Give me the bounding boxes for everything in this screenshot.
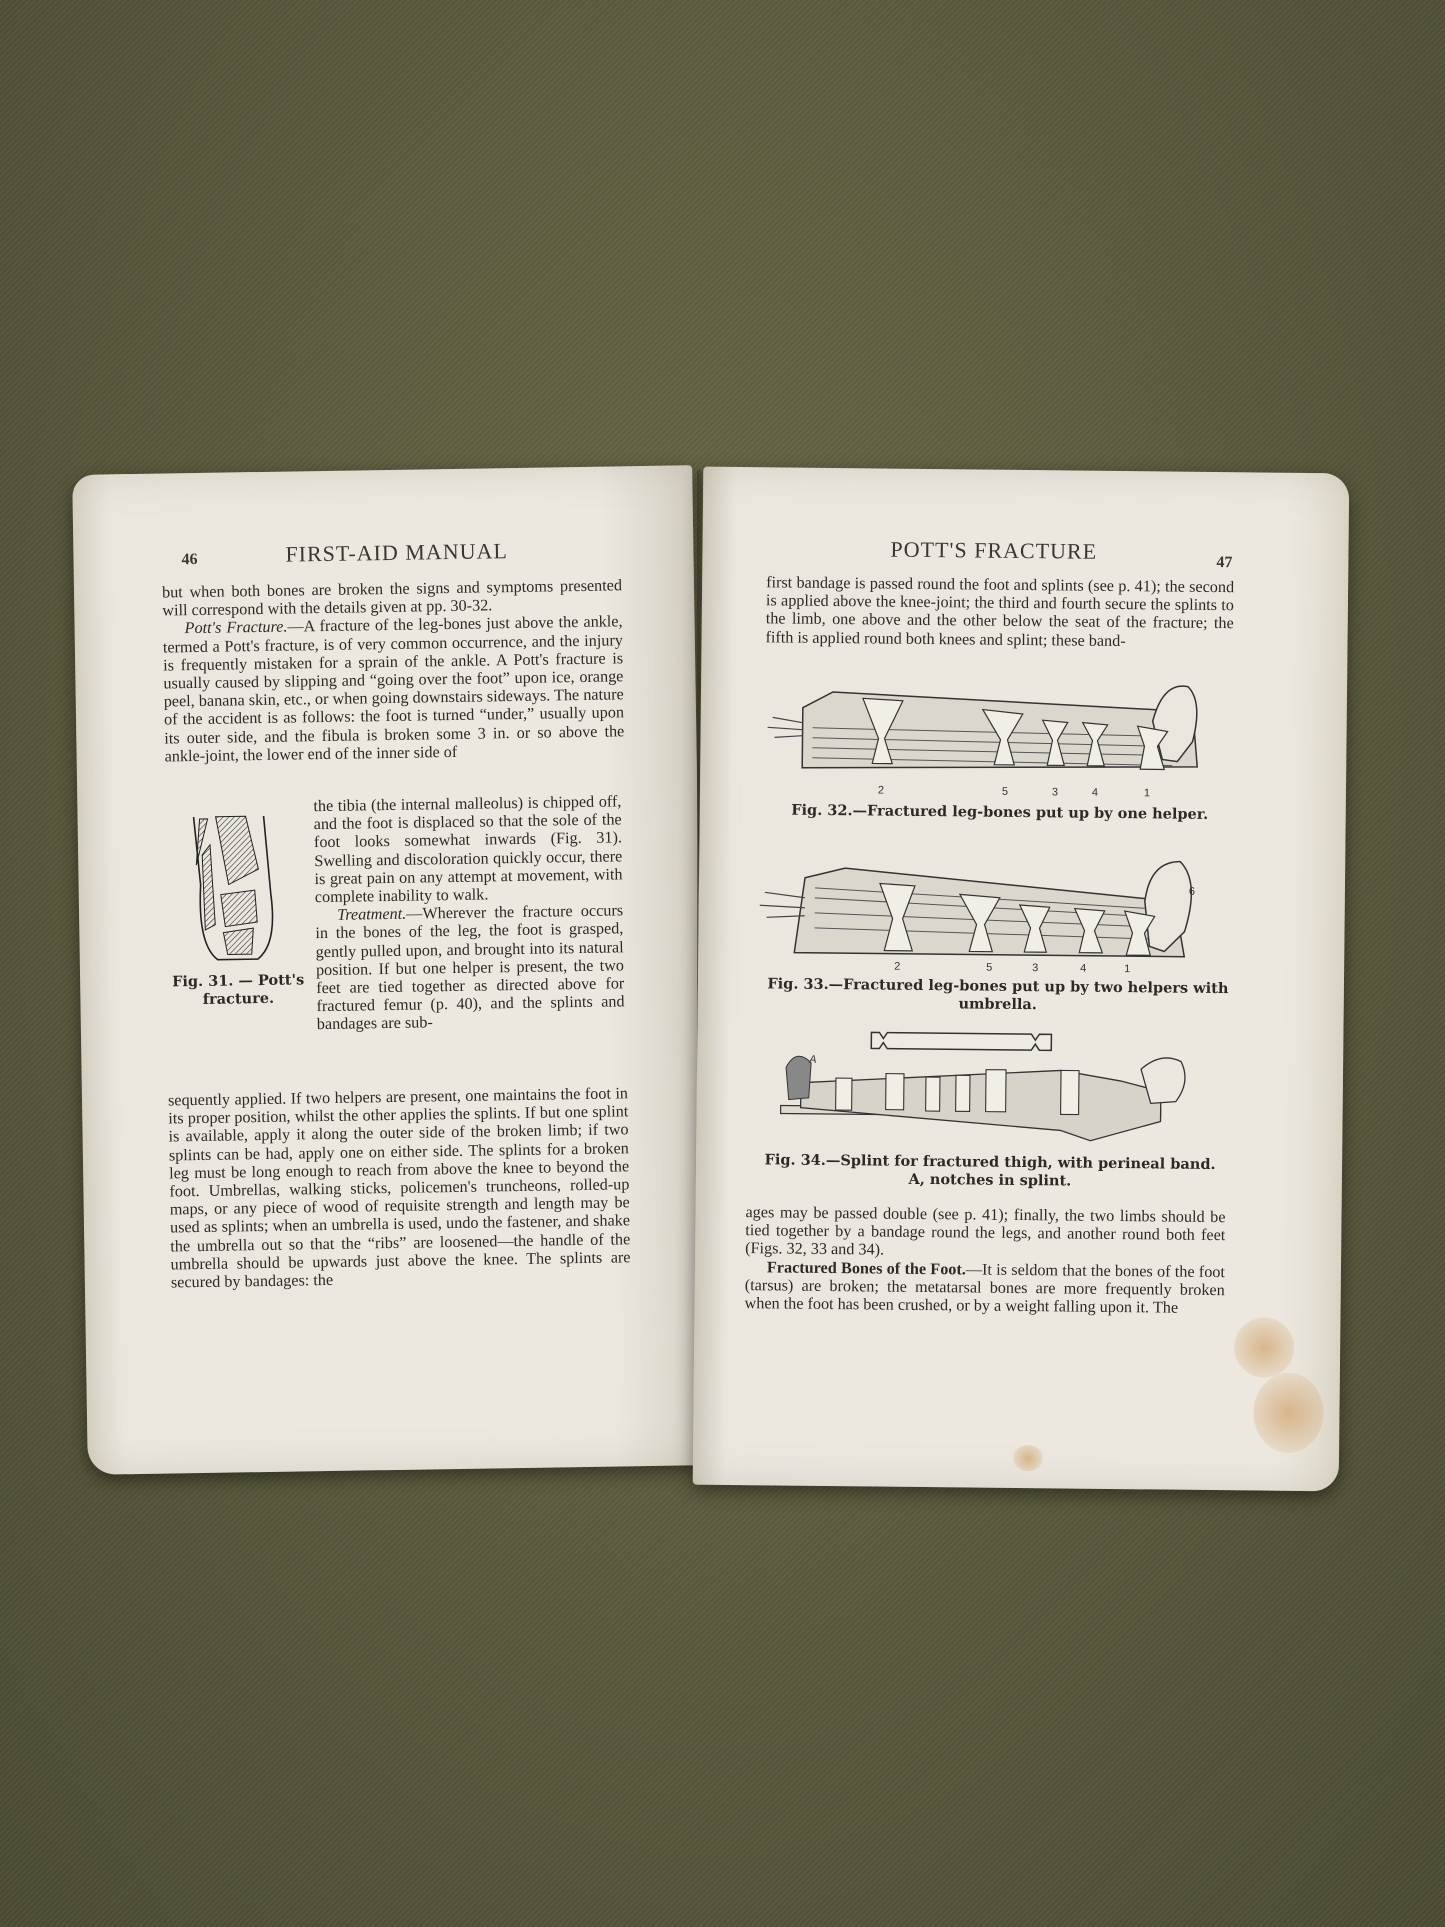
fig32-label: 1 <box>1144 787 1150 799</box>
fig32-label: 3 <box>1052 786 1058 798</box>
running-head-left: FIRST-AID MANUAL <box>285 538 508 567</box>
running-head-right: POTT'S FRACTURE <box>890 537 1097 565</box>
fig33-label: 1 <box>1124 963 1130 975</box>
fig33-caption: Fig. 33.—Fractured leg-bones put up by t… <box>748 975 1248 1016</box>
left-page: 46 FIRST-AID MANUAL but when both bones … <box>72 465 708 1475</box>
fig32-label: 2 <box>878 784 884 796</box>
fig34-label-a: A <box>809 1054 816 1066</box>
fig31-caption-line2: fracture. <box>168 989 308 1009</box>
fig34-thigh-splint-illustration-icon <box>760 1027 1231 1142</box>
paragraph: Pott's Fracture.—A fracture of the leg-b… <box>162 613 624 766</box>
paragraph: the tibia (the internal malleolus) is ch… <box>313 792 623 906</box>
right-text-top: first bandage is passed round the foot a… <box>765 573 1234 651</box>
fig33-label: 5 <box>986 962 992 974</box>
fig32-caption: Fig. 32.—Fractured leg-bones put up by o… <box>760 801 1240 824</box>
page-number-47: 47 <box>1216 554 1232 572</box>
left-text-wrap: the tibia (the internal malleolus) is ch… <box>313 792 625 1033</box>
treatment-heading: Treatment. <box>337 905 406 924</box>
fig33-label: 3 <box>1032 962 1038 974</box>
fig31-caption-line1: Fig. 31. — Pott's <box>168 971 308 991</box>
paragraph: Fractured Bones of the Foot.—It is seldo… <box>744 1258 1225 1318</box>
fig32-label: 5 <box>1002 786 1008 798</box>
fig33-label: 6 <box>1189 886 1195 898</box>
fig31-caption: Fig. 31. — Pott's fracture. <box>168 971 309 1009</box>
paragraph: sequently applied. If two helpers are pr… <box>168 1084 631 1291</box>
right-page: POTT'S FRACTURE 47 first bandage is pass… <box>693 467 1350 1492</box>
fig32-leg-splint-illustration-icon <box>792 678 1213 782</box>
page-number-46: 46 <box>181 551 197 569</box>
left-text-top: but when both bones are broken the signs… <box>162 576 625 765</box>
fig34-caption: Fig. 34.—Splint for fractured thigh, wit… <box>740 1151 1240 1192</box>
open-book: 46 FIRST-AID MANUAL but when both bones … <box>0 0 1445 1927</box>
right-text-bottom: ages may be passed double (see p. 41); f… <box>744 1203 1225 1317</box>
paragraph: ages may be passed double (see p. 41); f… <box>745 1203 1226 1263</box>
fig32-label: 4 <box>1092 787 1098 799</box>
page-stain <box>1234 1317 1295 1378</box>
page-stain <box>1253 1372 1324 1453</box>
fig33-umbrella-splint-illustration-icon <box>784 858 1215 962</box>
pott-heading: Pott's Fracture. <box>184 618 287 638</box>
fig31-ankle-diagram-icon <box>186 814 284 965</box>
page-stain <box>1013 1445 1043 1471</box>
fig33-label: 2 <box>894 961 900 973</box>
left-text-bottom: sequently applied. If two helpers are pr… <box>168 1084 631 1291</box>
paragraph: Treatment.—Wherever the fracture occurs … <box>315 902 625 1034</box>
foot-heading: Fractured Bones of the Foot. <box>767 1258 966 1278</box>
paragraph: first bandage is passed round the foot a… <box>765 573 1234 651</box>
fig33-label: 4 <box>1080 963 1086 975</box>
